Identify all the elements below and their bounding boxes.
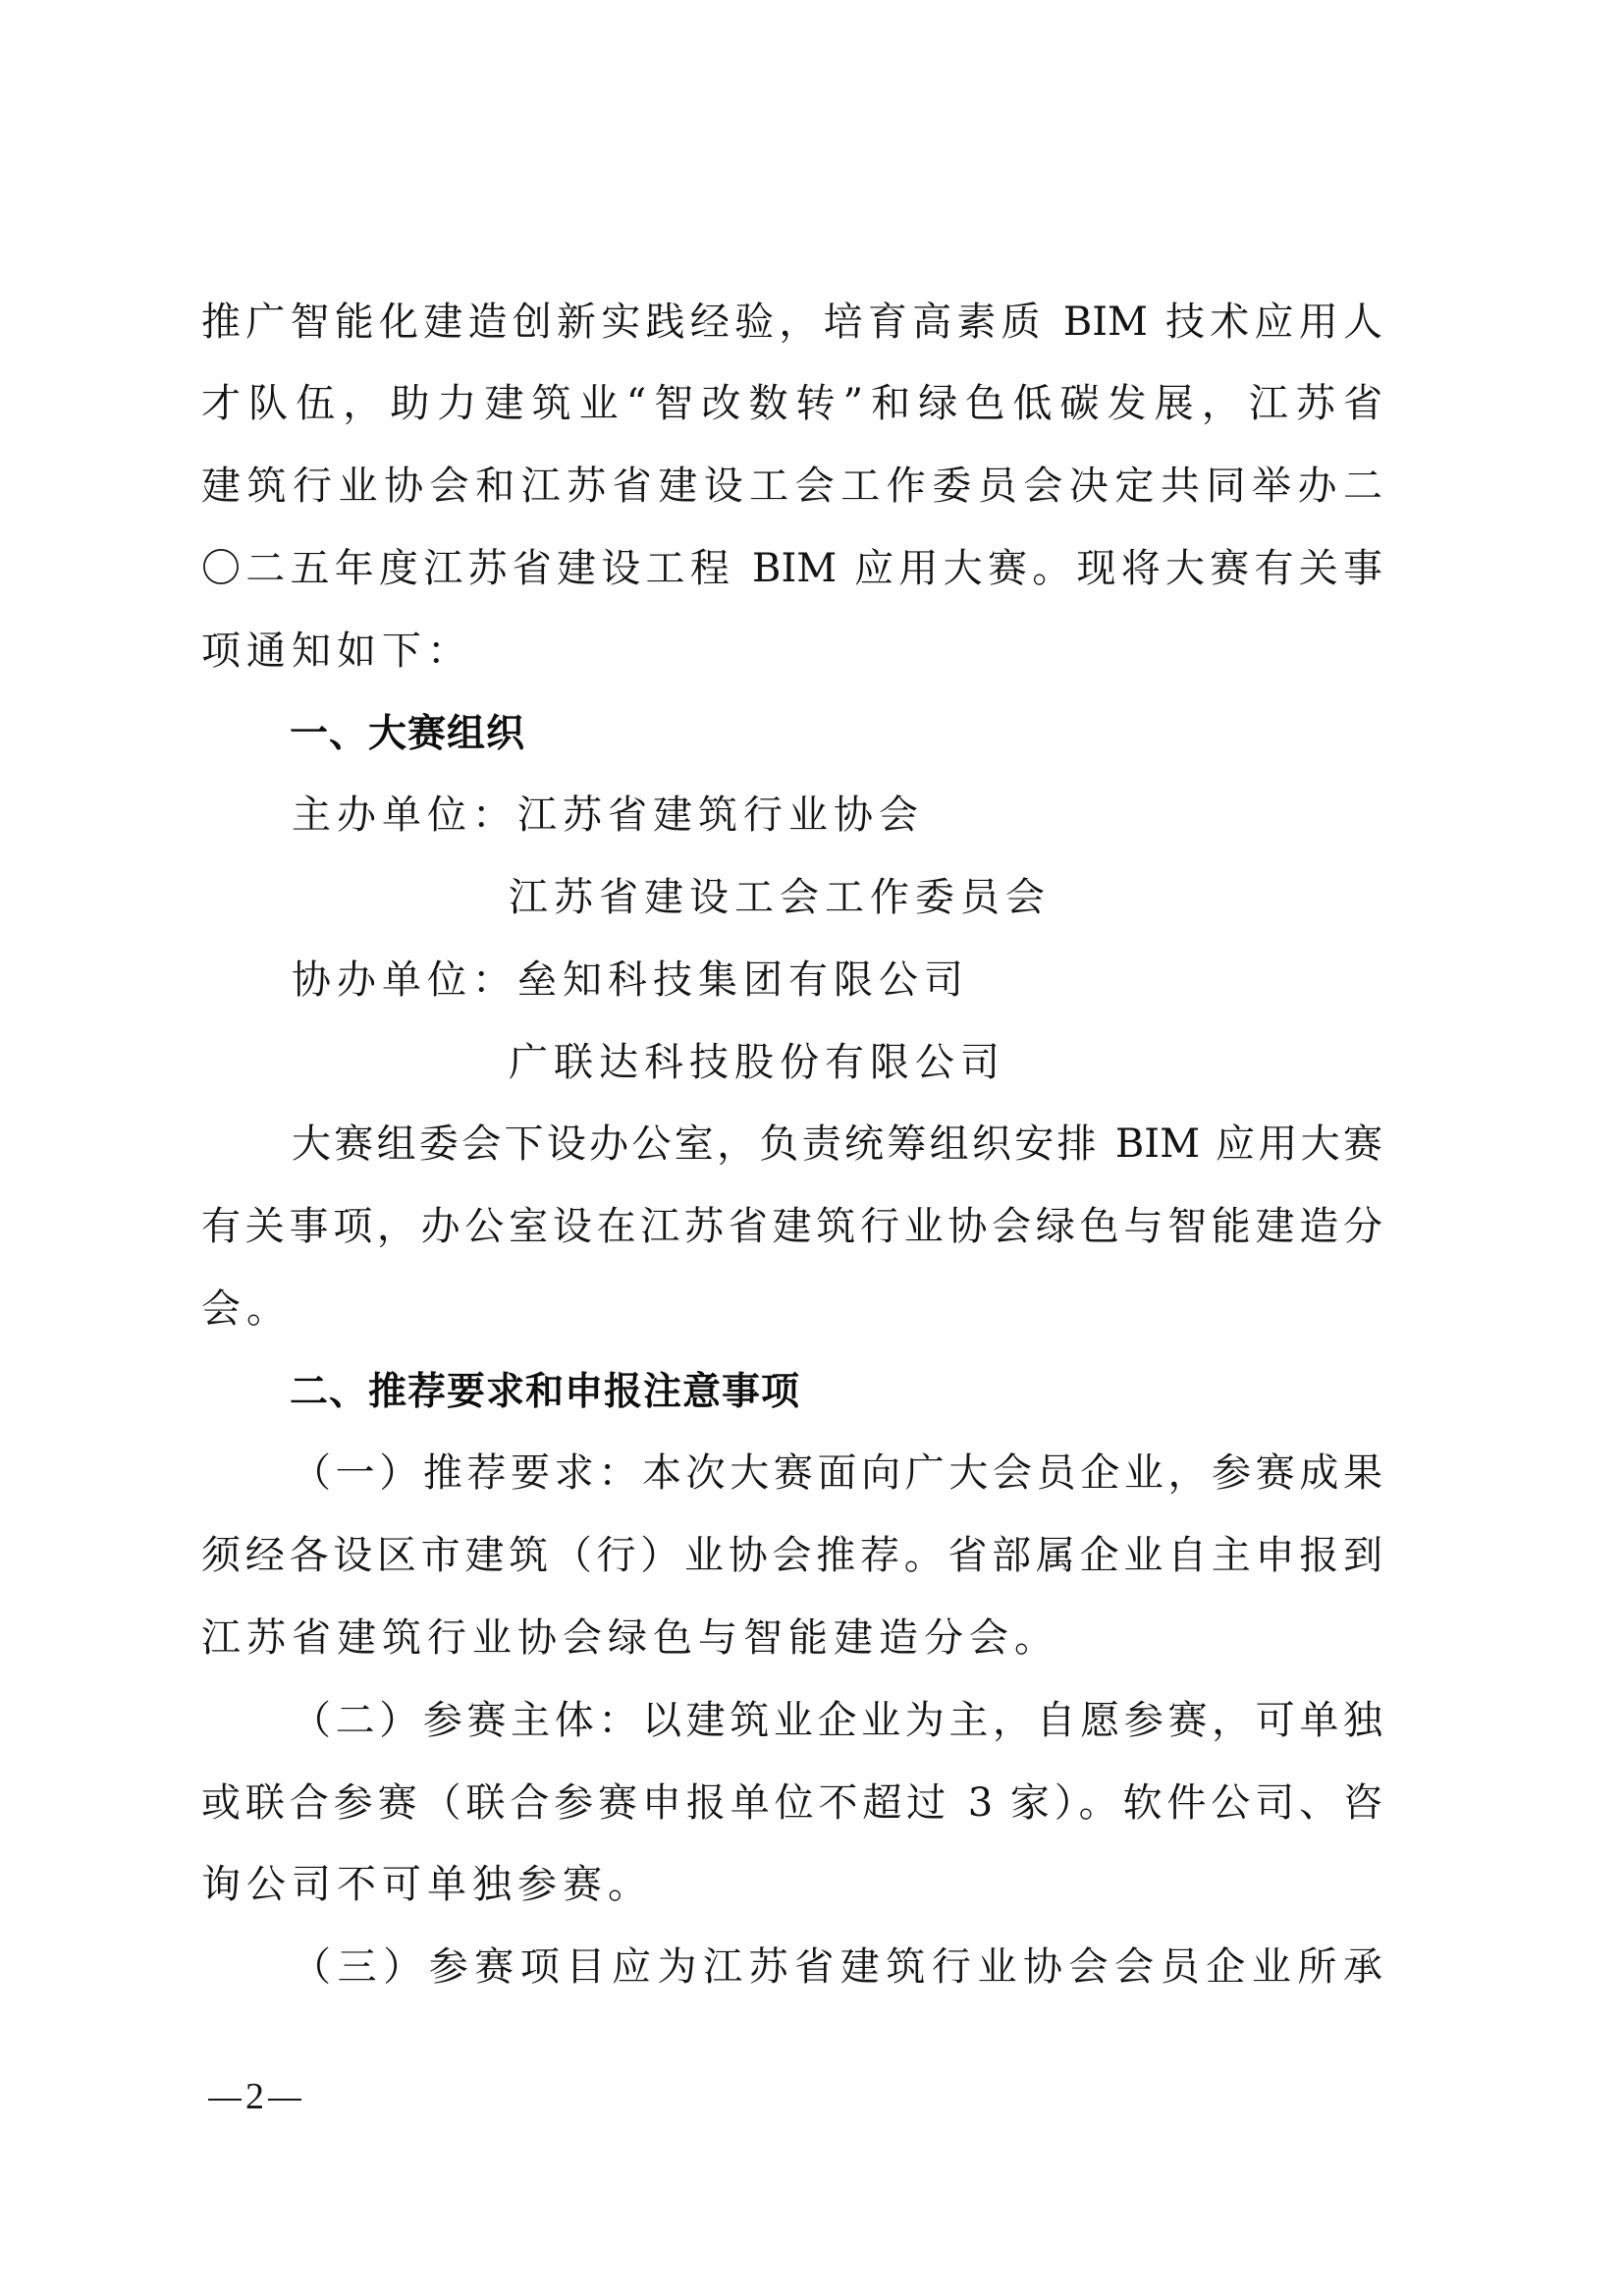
office-line-1: 大赛组委会下设办公室，负责统筹组织安排 BIM 应用大赛 xyxy=(292,1115,1382,1174)
page-number-dash-right xyxy=(268,2099,301,2101)
section-1-heading: 一、大赛组织 xyxy=(290,705,525,764)
item-2-line-1: （二）参赛主体：以建筑业企业为主，自愿参赛，可单独 xyxy=(292,1691,1382,1750)
organizers-row: 主办单位：江苏省建筑行业协会 xyxy=(292,786,924,845)
office-line-2: 有关事项，办公室设在江苏省建筑行业协会绿色与智能建造分 xyxy=(201,1197,1382,1256)
intro-line-3: 建筑行业协会和江苏省建设工会工作委员会决定共同举办二 xyxy=(201,457,1382,516)
co-organizers-row: 协办单位：垒知科技集团有限公司 xyxy=(292,951,969,1010)
item-1-line-2: 须经各设区市建筑（行）业协会推荐。省部属企业自主申报到 xyxy=(201,1526,1382,1585)
item-1-line-3: 江苏省建筑行业协会绿色与智能建造分会。 xyxy=(201,1609,1059,1667)
intro-line-2: 才队伍，助力建筑业“智改数转”和绿色低碳发展，江苏省 xyxy=(201,374,1382,433)
document-page: 推广智能化建造创新实践经验，培育高素质 BIM 技术应用人 才队伍，助力建筑业“… xyxy=(0,0,1623,2296)
co-organizer-2: 广联达科技股份有限公司 xyxy=(509,1033,1005,1092)
intro-line-1: 推广智能化建造创新实践经验，培育高素质 BIM 技术应用人 xyxy=(201,293,1382,352)
item-2-line-2: 或联合参赛（联合参赛申报单位不超过 3 家）。软件公司、咨 xyxy=(201,1774,1382,1832)
co-organizers-label: 协办单位： xyxy=(292,957,517,1003)
page-number-dash-left xyxy=(208,2099,242,2101)
page-number: 2 xyxy=(204,2072,305,2121)
item-3-line-1: （三）参赛项目应为江苏省建筑行业协会会员企业所承 xyxy=(292,1938,1382,1996)
intro-line-5: 项通知如下： xyxy=(201,622,472,681)
organizer-2: 江苏省建设工会工作委员会 xyxy=(509,868,1051,927)
intro-line-4: 〇二五年度江苏省建设工程 BIM 应用大赛。现将大赛有关事 xyxy=(201,539,1382,598)
co-organizer-1: 垒知科技集团有限公司 xyxy=(517,957,969,1003)
office-line-3: 会。 xyxy=(201,1280,292,1339)
item-1-line-1: （一）推荐要求：本次大赛面向广大会员企业，参赛成果 xyxy=(292,1444,1382,1503)
section-2-heading: 二、推荐要求和申报注意事项 xyxy=(290,1363,800,1422)
organizers-label: 主办单位： xyxy=(292,793,517,838)
item-2-line-3: 询公司不可单独参赛。 xyxy=(201,1855,653,1914)
page-number-value: 2 xyxy=(245,2076,264,2117)
organizer-1: 江苏省建筑行业协会 xyxy=(517,793,924,838)
